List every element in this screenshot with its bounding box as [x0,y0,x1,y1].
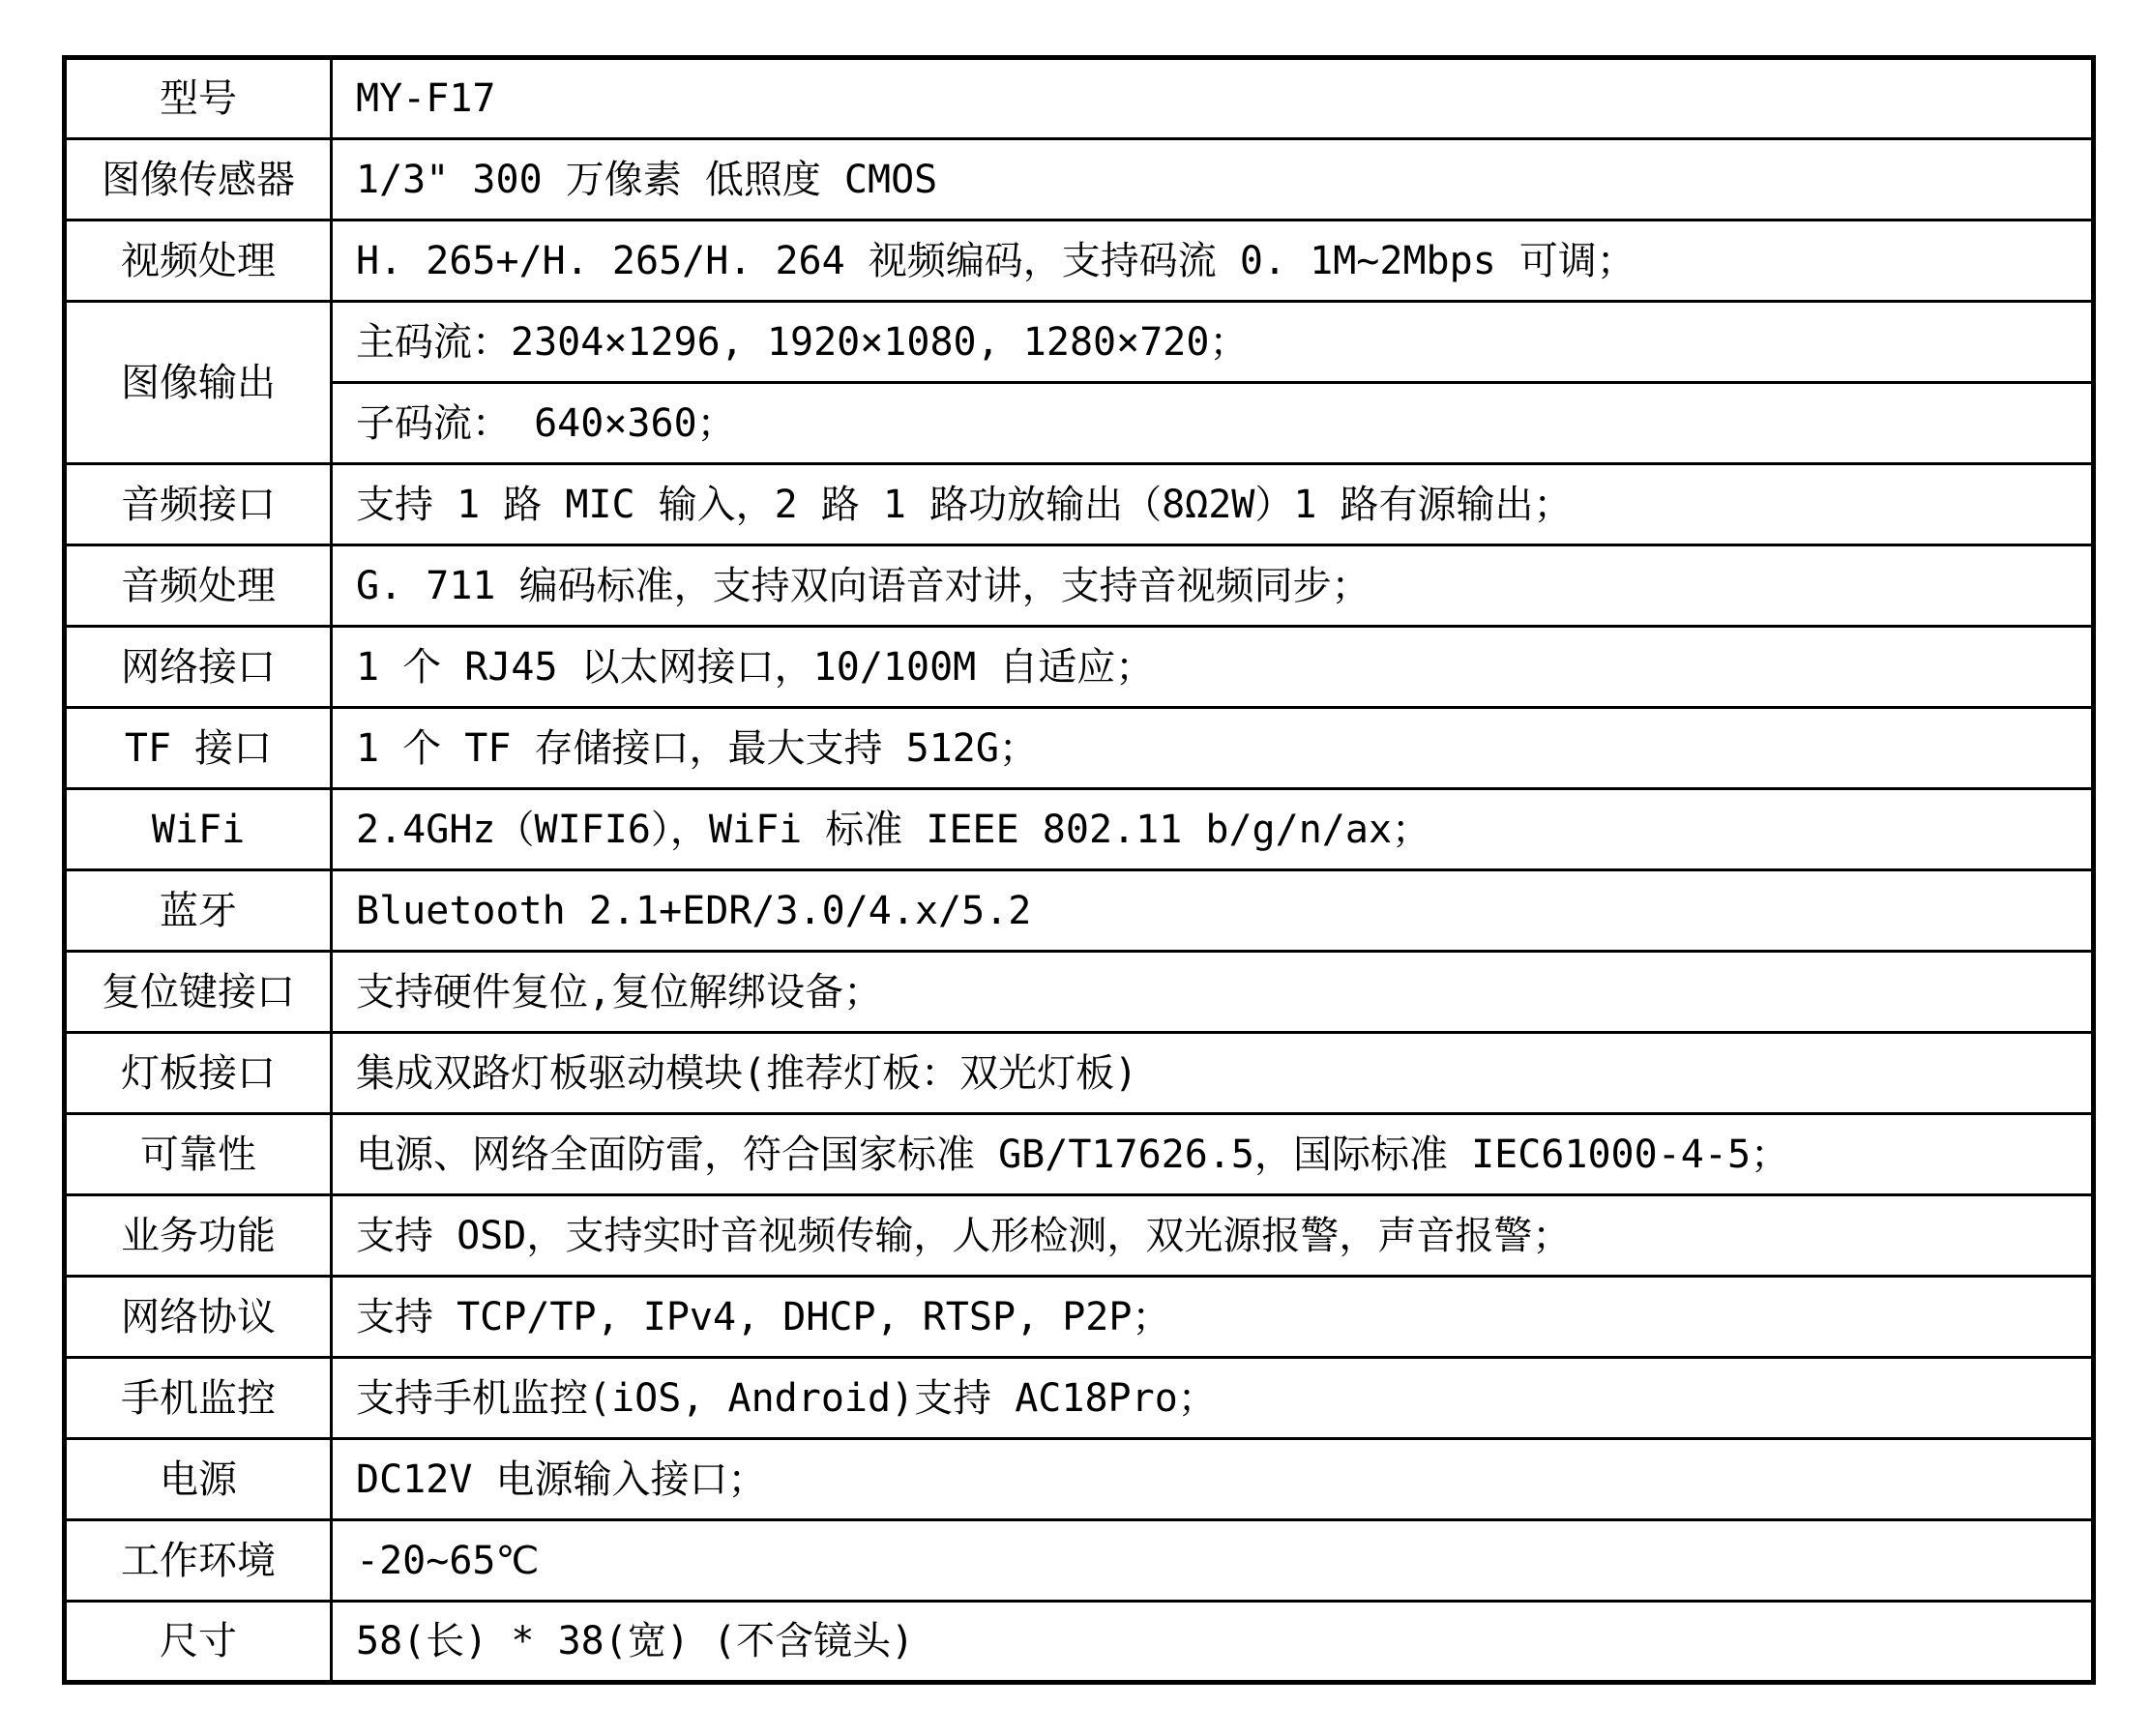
table-row-audio-processing: 音频处理 G. 711 编码标准，支持双向语音对讲，支持音视频同步； [65,545,2094,627]
row-value-network-protocols: 支持 TCP/TP, IPv4, DHCP, RTSP, P2P； [332,1277,2094,1358]
table-row-image-output-main: 图像输出 主码流：2304×1296, 1920×1080, 1280×720； [65,302,2094,383]
row-value-reliability: 电源、网络全面防雷，符合国家标准 GB/T17626.5，国际标准 IEC610… [332,1114,2094,1195]
table-row-reset-key-interface: 复位键接口 支持硬件复位,复位解绑设备； [65,952,2094,1033]
table-row-video-processing: 视频处理 H. 265+/H. 265/H. 264 视频编码，支持码流 0. … [65,221,2094,302]
row-value-power: DC12V 电源输入接口； [332,1439,2094,1520]
row-value-dimensions: 58(长) * 38(宽) (不含镜头) [332,1602,2094,1683]
row-label-image-sensor: 图像传感器 [65,139,332,221]
table-row-network-interface: 网络接口 1 个 RJ45 以太网接口，10/100M 自适应； [65,627,2094,708]
table-row-model: 型号 MY-F17 [65,58,2094,139]
row-label-wifi: WiFi [65,789,332,870]
row-label-video-processing: 视频处理 [65,221,332,302]
row-value-audio-processing: G. 711 编码标准，支持双向语音对讲，支持音视频同步； [332,545,2094,627]
table-row-working-environment: 工作环境 -20~65℃ [65,1520,2094,1602]
row-value-video-processing: H. 265+/H. 265/H. 264 视频编码，支持码流 0. 1M~2M… [332,221,2094,302]
row-value-image-sensor: 1/3" 300 万像素 低照度 CMOS [332,139,2094,221]
table-row-audio-interface: 音频接口 支持 1 路 MIC 输入，2 路 1 路功放输出（8Ω2W）1 路有… [65,464,2094,545]
table-row-mobile-monitoring: 手机监控 支持手机监控(iOS, Android)支持 AC18Pro； [65,1358,2094,1439]
row-label-light-board-interface: 灯板接口 [65,1033,332,1114]
row-value-reset-key-interface: 支持硬件复位,复位解绑设备； [332,952,2094,1033]
table-row-dimensions: 尺寸 58(长) * 38(宽) (不含镜头) [65,1602,2094,1683]
spec-sheet: 型号 MY-F17 图像传感器 1/3" 300 万像素 低照度 CMOS 视频… [62,55,2096,1685]
row-label-audio-processing: 音频处理 [65,545,332,627]
row-label-mobile-monitoring: 手机监控 [65,1358,332,1439]
row-label-audio-interface: 音频接口 [65,464,332,545]
table-row-reliability: 可靠性 电源、网络全面防雷，符合国家标准 GB/T17626.5，国际标准 IE… [65,1114,2094,1195]
table-row-power: 电源 DC12V 电源输入接口； [65,1439,2094,1520]
row-label-reliability: 可靠性 [65,1114,332,1195]
table-row-light-board-interface: 灯板接口 集成双路灯板驱动模块(推荐灯板：双光灯板) [65,1033,2094,1114]
table-row-business-functions: 业务功能 支持 OSD，支持实时音视频传输，人形检测，双光源报警，声音报警； [65,1195,2094,1277]
row-value-mobile-monitoring: 支持手机监控(iOS, Android)支持 AC18Pro； [332,1358,2094,1439]
row-label-reset-key-interface: 复位键接口 [65,952,332,1033]
row-value-image-output-sub-stream: 子码流： 640×360； [332,383,2094,464]
spec-table: 型号 MY-F17 图像传感器 1/3" 300 万像素 低照度 CMOS 视频… [62,55,2096,1685]
row-label-business-functions: 业务功能 [65,1195,332,1277]
row-label-network-protocols: 网络协议 [65,1277,332,1358]
row-value-tf-interface: 1 个 TF 存储接口，最大支持 512G； [332,708,2094,789]
row-value-network-interface: 1 个 RJ45 以太网接口，10/100M 自适应； [332,627,2094,708]
table-row-wifi: WiFi 2.4GHz（WIFI6），WiFi 标准 IEEE 802.11 b… [65,789,2094,870]
table-row-image-sensor: 图像传感器 1/3" 300 万像素 低照度 CMOS [65,139,2094,221]
row-value-bluetooth: Bluetooth 2.1+EDR/3.0/4.x/5.2 [332,870,2094,952]
table-row-tf-interface: TF 接口 1 个 TF 存储接口，最大支持 512G； [65,708,2094,789]
row-value-wifi: 2.4GHz（WIFI6），WiFi 标准 IEEE 802.11 b/g/n/… [332,789,2094,870]
row-value-image-output-main-stream: 主码流：2304×1296, 1920×1080, 1280×720； [332,302,2094,383]
row-value-model: MY-F17 [332,58,2094,139]
row-value-business-functions: 支持 OSD，支持实时音视频传输，人形检测，双光源报警，声音报警； [332,1195,2094,1277]
row-label-bluetooth: 蓝牙 [65,870,332,952]
row-value-audio-interface: 支持 1 路 MIC 输入，2 路 1 路功放输出（8Ω2W）1 路有源输出； [332,464,2094,545]
row-label-dimensions: 尺寸 [65,1602,332,1683]
table-row-image-output-sub: 子码流： 640×360； [65,383,2094,464]
row-label-tf-interface: TF 接口 [65,708,332,789]
row-label-image-output: 图像输出 [65,302,332,464]
table-row-bluetooth: 蓝牙 Bluetooth 2.1+EDR/3.0/4.x/5.2 [65,870,2094,952]
row-label-model: 型号 [65,58,332,139]
table-row-network-protocols: 网络协议 支持 TCP/TP, IPv4, DHCP, RTSP, P2P； [65,1277,2094,1358]
row-label-network-interface: 网络接口 [65,627,332,708]
row-value-light-board-interface: 集成双路灯板驱动模块(推荐灯板：双光灯板) [332,1033,2094,1114]
row-label-power: 电源 [65,1439,332,1520]
row-label-working-environment: 工作环境 [65,1520,332,1602]
row-value-working-environment: -20~65℃ [332,1520,2094,1602]
